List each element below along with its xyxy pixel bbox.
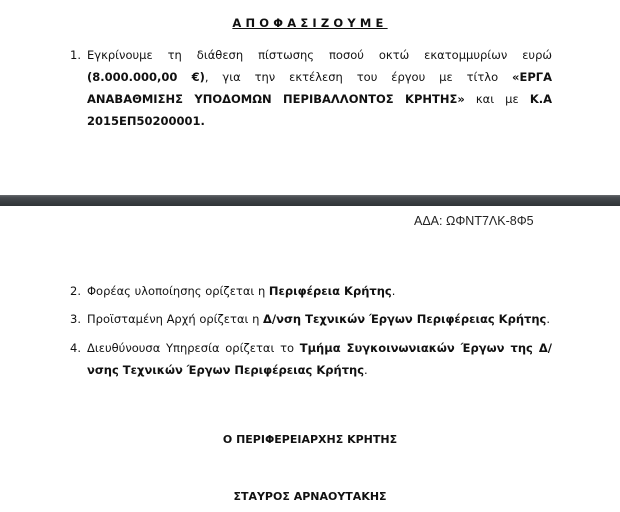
decision-heading: ΑΠΟΦΑΣΙΖΟΥΜΕ <box>0 16 620 30</box>
text-run: . <box>392 284 396 298</box>
text-run: . <box>364 363 368 377</box>
ada-code: ΑΔΑ: ΩΦΝΤ7ΛΚ-8Φ5 <box>414 214 534 228</box>
item-text: Φορέας υλοποίησης ορίζεται η Περιφέρεια … <box>87 280 552 302</box>
decision-item-3: 3. Προϊσταμένη Αρχή ορίζεται η Δ/νση Τεχ… <box>70 308 552 330</box>
item-text: Εγκρίνουμε τη διάθεση πίστωσης ποσού οκτ… <box>87 44 552 132</box>
decision-item-1: 1. Εγκρίνουμε τη διάθεση πίστωσης ποσού … <box>70 44 552 132</box>
item-text: Προϊσταμένη Αρχή ορίζεται η Δ/νση Τεχνικ… <box>87 308 552 330</box>
text-run: . <box>546 312 550 326</box>
text-run: Φορέας υλοποίησης ορίζεται η <box>87 284 269 298</box>
signatory-name: ΣΤΑΥΡΟΣ ΑΡΝΑΟΥΤΑΚΗΣ <box>0 490 620 503</box>
text-run: Εγκρίνουμε τη διάθεση πίστωσης ποσού οκτ… <box>87 48 552 62</box>
item-text: Διευθύνουσα Υπηρεσία ορίζεται το Τμήμα Σ… <box>87 337 552 381</box>
item-number: 2. <box>70 280 88 302</box>
decision-item-2: 2. Φορέας υλοποίησης ορίζεται η Περιφέρε… <box>70 280 552 302</box>
text-run: , για την εκτέλεση του έργου με τίτλο <box>205 70 512 84</box>
supervising-authority: Δ/νση Τεχνικών Έργων Περιφέρειας Κρήτης <box>263 312 546 326</box>
decision-item-4: 4. Διευθύνουσα Υπηρεσία ορίζεται το Τμήμ… <box>70 337 552 381</box>
item-number: 3. <box>70 308 88 330</box>
text-run: Διευθύνουσα Υπηρεσία ορίζεται το <box>87 341 300 355</box>
page-separator <box>0 195 620 206</box>
item-number: 1. <box>70 44 88 66</box>
implementing-body: Περιφέρεια Κρήτης <box>269 284 392 298</box>
text-run: και με <box>465 92 530 106</box>
text-run: Προϊσταμένη Αρχή ορίζεται η <box>87 312 263 326</box>
amount-text: (8.000.000,00 €) <box>87 70 205 84</box>
item-number: 4. <box>70 337 88 359</box>
signatory-title: Ο ΠΕΡΙΦΕΡΕΙΑΡΧΗΣ ΚΡΗΤΗΣ <box>0 433 620 446</box>
